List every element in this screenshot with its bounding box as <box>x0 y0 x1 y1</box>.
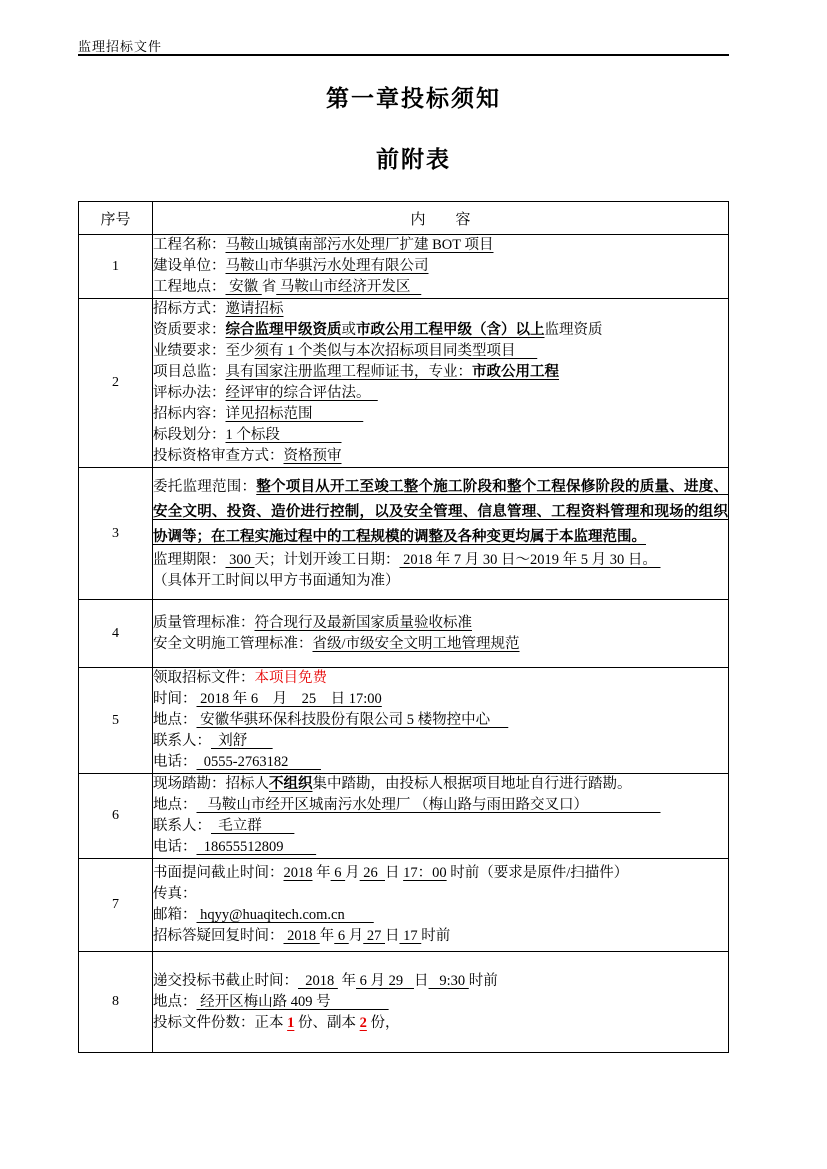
text-segment: 日 <box>385 865 403 881</box>
text-segment: 时前 <box>469 973 498 989</box>
column-header-content: 内 容 <box>153 202 729 235</box>
content-line: 监理期限： 300 天；计划开竣工日期： 2018 年 7 月 30 日～201… <box>153 550 728 571</box>
text-segment: 招标方式： <box>153 301 226 317</box>
text-segment: 26 <box>360 865 385 881</box>
row-content: 招标方式：邀请招标资质要求：综合监理甲级资质或市政公用工程甲级（含）以上监理资质… <box>153 299 729 468</box>
text-segment: 具有国家注册监理工程师证书，专业： <box>226 364 473 380</box>
content-line: 电话： 0555-2763182 <box>153 752 728 773</box>
text-segment: 日 <box>414 973 429 989</box>
text-segment: 联系人： <box>153 733 211 749</box>
text-segment: 2018 年 6 月 25 日 17:00 <box>197 691 382 707</box>
text-segment: 1 个标段 <box>226 427 342 443</box>
row-content: 现场踏勘：招标人不组织集中踏勘，由投标人根据项目地址自行进行踏勘。地点： 马鞍山… <box>153 774 729 859</box>
table-row: 2招标方式：邀请招标资质要求：综合监理甲级资质或市政公用工程甲级（含）以上监理资… <box>79 299 729 468</box>
content-line: 电话： 18655512809 <box>153 837 728 858</box>
content-line: 招标方式：邀请招标 <box>153 299 728 320</box>
text-segment: 时前（要求是原件/扫描件） <box>447 865 629 881</box>
text-segment: 须有 1 个类似与本次招标项目同类型项目 <box>255 343 538 359</box>
content-line: 标段划分：1 个标段 <box>153 425 728 446</box>
content-line: 招标内容：详见招标范围 <box>153 404 728 425</box>
text-segment: 经开区梅山路 409 号 <box>197 994 389 1010</box>
text-segment: 月 <box>349 928 364 944</box>
content-line: 投标文件份数：正本 1 份、副本 2 份， <box>153 1013 728 1034</box>
row-content: 领取招标文件：本项目免费时间： 2018 年 6 月 25 日 17:00地点：… <box>153 668 729 774</box>
text-segment: 年 <box>313 865 331 881</box>
chapter-title: 第一章投标须知 <box>0 80 827 113</box>
text-segment: 招标内容： <box>153 406 226 422</box>
text-segment: 资格预审 <box>284 448 342 464</box>
content-line: 安全文明施工管理标准：省级/市级安全文明工地管理规范 <box>153 634 728 655</box>
row-content: 递交投标书截止时间： 2018 年 6 月 29 日 9:30 时前地点： 经开… <box>153 952 729 1053</box>
content-line: 投标资格审查方式：资格预审 <box>153 446 728 467</box>
text-segment: 6 <box>331 865 346 881</box>
text-segment: 不组织 <box>269 776 313 792</box>
page-header-label: 监理招标文件 <box>78 36 162 55</box>
text-segment: 马鞍山市经济开发区 <box>276 279 421 295</box>
content-line: 邮箱： hqyy@huaqitech.com.cn <box>153 905 728 926</box>
text-segment: 市政公用工程 <box>472 364 559 380</box>
table-row: 7书面提问截止时间：2018 年 6 月 26 日 17：00 时前（要求是原件… <box>79 859 729 952</box>
text-segment: 资质要求： <box>153 322 226 338</box>
table-header-row: 序号 内 容 <box>79 202 729 235</box>
text-segment: 委托监理范围： <box>153 479 256 495</box>
row-number: 4 <box>79 600 153 668</box>
text-segment: 质量管理标准： <box>153 615 255 631</box>
front-attached-table: 序号 内 容 1工程名称：马鞍山城镇南部污水处理厂扩建 BOT 项目建设单位：马… <box>78 201 729 1053</box>
row-number: 8 <box>79 952 153 1053</box>
content-line: 业绩要求：至少须有 1 个类似与本次招标项目同类型项目 <box>153 341 728 362</box>
content-line: 现场踏勘：招标人不组织集中踏勘，由投标人根据项目地址自行进行踏勘。 <box>153 774 728 795</box>
text-segment: 或 <box>342 322 357 338</box>
text-segment: 地点： <box>153 994 197 1010</box>
text-segment: 马鞍山市华骐污水处理有限公司 <box>226 258 429 274</box>
text-segment: 评标办法： <box>153 385 226 401</box>
text-segment: 工程名称： <box>153 237 226 253</box>
text-segment: 建设单位： <box>153 258 226 274</box>
text-segment: 2018 年 7 月 30 日～2019 年 5 月 30 日。 <box>400 552 661 568</box>
text-segment: 招标答疑回复时间： <box>153 928 284 944</box>
content-line: 传真： <box>153 884 728 905</box>
row-number: 3 <box>79 468 153 600</box>
text-segment: 省 <box>262 279 277 295</box>
text-segment: 邀请招标 <box>226 301 284 317</box>
text-segment: 地点： <box>153 712 197 728</box>
row-content: 工程名称：马鞍山城镇南部污水处理厂扩建 BOT 项目建设单位：马鞍山市华骐污水处… <box>153 235 729 299</box>
text-segment: 刘舒 <box>211 733 273 749</box>
row-content: 质量管理标准：符合现行及最新国家质量验收标准安全文明施工管理标准：省级/市级安全… <box>153 600 729 668</box>
text-segment: 17 <box>400 928 422 944</box>
text-segment: 2018 <box>298 973 338 989</box>
header-rule <box>78 54 729 56</box>
text-segment: 现场踏勘：招标人 <box>153 776 269 792</box>
text-segment: 安徽 <box>226 279 262 295</box>
content-line: 联系人： 毛立群 <box>153 816 728 837</box>
content-line: 质量管理标准：符合现行及最新国家质量验收标准 <box>153 613 728 634</box>
content-line: 建设单位：马鞍山市华骐污水处理有限公司 <box>153 256 728 277</box>
content-line: 领取招标文件：本项目免费 <box>153 668 728 689</box>
content-line: 招标答疑回复时间： 2018 年 6 月 27 日 17 时前 <box>153 926 728 947</box>
text-segment: 工程地点： <box>153 279 226 295</box>
text-segment: 马鞍山市经开区城南污水处理厂 （梅山路与雨田路交叉口） <box>197 797 661 813</box>
row-number: 6 <box>79 774 153 859</box>
content-line: 地点： 安徽华骐环保科技股份有限公司 5 楼物控中心 <box>153 710 728 731</box>
text-segment: 年 <box>320 928 335 944</box>
text-segment: 6 月 <box>356 973 389 989</box>
text-segment: 日 <box>385 928 400 944</box>
text-segment: 详见招标范围 <box>226 406 364 422</box>
text-segment: 省级/市级安全文明工地管理规范 <box>313 636 520 652</box>
text-segment: 份， <box>367 1015 400 1031</box>
text-segment: 时间： <box>153 691 197 707</box>
content-line: 工程名称：马鞍山城镇南部污水处理厂扩建 BOT 项目 <box>153 235 728 256</box>
text-segment: 18655512809 <box>197 839 317 855</box>
content-line: 工程地点： 安徽 省 马鞍山市经济开发区 <box>153 277 728 298</box>
row-number: 5 <box>79 668 153 774</box>
text-segment: 监理资质 <box>545 322 603 338</box>
text-segment: 业绩要求：至少 <box>153 343 255 359</box>
text-segment: 毛立群 <box>211 818 294 834</box>
content-line: 书面提问截止时间：2018 年 6 月 26 日 17：00 时前（要求是原件/… <box>153 863 728 884</box>
text-segment: 2 <box>360 1015 367 1031</box>
text-segment: 地点： <box>153 797 197 813</box>
text-segment: 邮箱： <box>153 907 197 923</box>
text-segment: 27 <box>363 928 385 944</box>
text-segment: 领取招标文件： <box>153 670 255 686</box>
text-segment: 份、副本 <box>294 1015 359 1031</box>
text-segment: 马鞍山城镇南部污水处理厂扩建 BOT 项目 <box>226 237 494 253</box>
content-line: 地点： 经开区梅山路 409 号 <box>153 992 728 1013</box>
content-line: 评标办法：经评审的综合评估法。 <box>153 383 728 404</box>
row-number: 1 <box>79 235 153 299</box>
table-body: 1工程名称：马鞍山城镇南部污水处理厂扩建 BOT 项目建设单位：马鞍山市华骐污水… <box>79 235 729 1053</box>
document-page: 监理招标文件 第一章投标须知 前附表 序号 内 容 1工程名称：马鞍山城镇南部污… <box>0 0 827 1169</box>
column-header-no: 序号 <box>79 202 153 235</box>
text-segment: 时前 <box>421 928 450 944</box>
text-segment: 月 <box>345 865 360 881</box>
text-segment: 电话： <box>153 839 197 855</box>
content-line: 资质要求：综合监理甲级资质或市政公用工程甲级（含）以上监理资质 <box>153 320 728 341</box>
row-content: 书面提问截止时间：2018 年 6 月 26 日 17：00 时前（要求是原件/… <box>153 859 729 952</box>
text-segment: （具体开工时间以甲方书面通知为准） <box>153 573 400 589</box>
row-number: 7 <box>79 859 153 952</box>
text-segment: 6 <box>334 928 349 944</box>
table-row: 5领取招标文件：本项目免费时间： 2018 年 6 月 25 日 17:00地点… <box>79 668 729 774</box>
text-segment: 17：00 <box>403 865 447 881</box>
text-segment: hqyy@huaqitech.com.cn <box>197 907 374 923</box>
table-row: 1工程名称：马鞍山城镇南部污水处理厂扩建 BOT 项目建设单位：马鞍山市华骐污水… <box>79 235 729 299</box>
text-segment: 本项目免费 <box>255 670 328 686</box>
content-line: 联系人： 刘舒 <box>153 731 728 752</box>
text-segment: 综合监理甲级资质 <box>226 322 342 338</box>
table-row: 3委托监理范围：整个项目从开工至竣工整个施工阶段和整个工程保修阶段的质量、进度、… <box>79 468 729 600</box>
text-segment: 符合现行及最新国家质量验收标准 <box>255 615 473 631</box>
text-segment: 安徽华骐环保科技股份有限公司 5 楼物控中心 <box>197 712 509 728</box>
text-segment: 书面提问截止时间： <box>153 865 284 881</box>
table-row: 6现场踏勘：招标人不组织集中踏勘，由投标人根据项目地址自行进行踏勘。地点： 马鞍… <box>79 774 729 859</box>
content-line: 递交投标书截止时间： 2018 年 6 月 29 日 9:30 时前 <box>153 971 728 992</box>
text-segment: 2018 <box>284 928 320 944</box>
text-segment: 2018 <box>284 865 313 881</box>
text-segment: 9:30 <box>429 973 469 989</box>
text-segment: 年 <box>338 973 356 989</box>
table-row: 4质量管理标准：符合现行及最新国家质量验收标准安全文明施工管理标准：省级/市级安… <box>79 600 729 668</box>
row-content: 委托监理范围：整个项目从开工至竣工整个施工阶段和整个工程保修阶段的质量、进度、安… <box>153 468 729 600</box>
text-segment: 投标资格审查方式： <box>153 448 284 464</box>
text-segment: 项目总监： <box>153 364 226 380</box>
text-segment: 经评审的综合评估法。 <box>226 385 378 401</box>
text-segment: 标段划分： <box>153 427 226 443</box>
text-segment: 联系人： <box>153 818 211 834</box>
content-line: 委托监理范围：整个项目从开工至竣工整个施工阶段和整个工程保修阶段的质量、进度、安… <box>153 475 728 550</box>
text-segment: 集中踏勘，由投标人根据项目地址自行进行踏勘。 <box>313 776 632 792</box>
text-segment: 投标文件份数：正本 <box>153 1015 287 1031</box>
page-subtitle: 前附表 <box>0 141 827 174</box>
text-segment: 市政公用工程甲级（含）以上 <box>356 322 545 338</box>
text-segment: 300 <box>226 552 255 568</box>
content-line: 项目总监：具有国家注册监理工程师证书，专业：市政公用工程 <box>153 362 728 383</box>
text-segment: 0555-2763182 <box>197 754 321 770</box>
text-segment: 监理期限： <box>153 552 226 568</box>
text-segment: 安全文明施工管理标准： <box>153 636 313 652</box>
table-row: 8递交投标书截止时间： 2018 年 6 月 29 日 9:30 时前地点： 经… <box>79 952 729 1053</box>
content-line: 地点： 马鞍山市经开区城南污水处理厂 （梅山路与雨田路交叉口） <box>153 795 728 816</box>
content-line: 时间： 2018 年 6 月 25 日 17:00 <box>153 689 728 710</box>
text-segment: 29 <box>389 973 414 989</box>
text-segment: 递交投标书截止时间： <box>153 973 298 989</box>
content-line: （具体开工时间以甲方书面通知为准） <box>153 571 728 592</box>
row-number: 2 <box>79 299 153 468</box>
text-segment: 传真： <box>153 886 197 902</box>
text-segment: 电话： <box>153 754 197 770</box>
text-segment: 天；计划开竣工日期： <box>255 552 400 568</box>
